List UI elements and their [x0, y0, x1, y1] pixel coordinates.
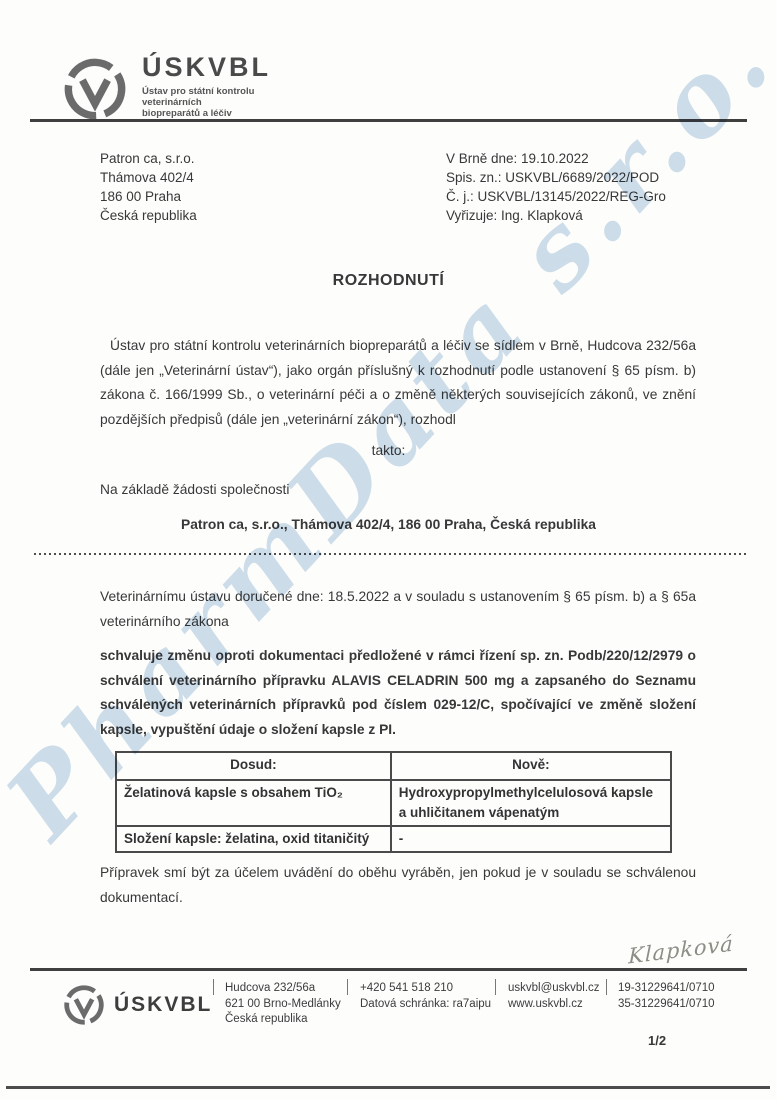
uskvbl-ring-v-icon [60, 1016, 108, 1033]
tagline-line: Ústav pro státní kontrolu [142, 86, 271, 97]
footer-account-number: 35-31229641/0710 [618, 997, 715, 1013]
recipient-line: 186 00 Praha [100, 187, 197, 206]
takto-label: takto: [0, 443, 777, 458]
footer-web-column: uskvbl@uskvbl.cz www.uskvbl.cz [508, 981, 600, 1012]
table-cell: Hydroxypropylmethylcelulosová kapsle a u… [391, 780, 671, 826]
table-row: Želatinová kapsle s obsahem TiO₂ Hydroxy… [116, 780, 671, 826]
tagline-line: biopreparátů a léčiv [142, 108, 271, 119]
reference-handler: Vyřizuje: Ing. Klapková [446, 206, 666, 225]
handwritten-signature: Klapková [628, 931, 734, 968]
recipient-line: Thámova 402/4 [100, 168, 197, 187]
footer-address-line: Česká republika [225, 1012, 341, 1028]
footer-divider [30, 968, 747, 971]
footer-logo [60, 981, 108, 1034]
footer-separator [213, 979, 214, 995]
paragraph-basis: Na základě žádosti společnosti [100, 482, 289, 497]
table-cell: - [391, 826, 671, 852]
tagline-line: veterinárních [142, 97, 271, 108]
table-header-dosud: Dosud: [116, 752, 391, 780]
reference-file-number: Spis. zn.: USKVBL/6689/2022/POD [446, 168, 666, 187]
table-row: Složení kapsle: želatina, oxid titaničit… [116, 826, 671, 852]
footer-separator [495, 979, 496, 995]
footer-email: uskvbl@uskvbl.cz [508, 981, 600, 997]
page-number: 1/2 [648, 1033, 666, 1048]
reference-date: V Brně dne: 19.10.2022 [446, 149, 666, 168]
scan-edge-line [6, 1086, 770, 1089]
footer-separator [347, 979, 348, 995]
footer-address-line: Hudcova 232/56a [225, 981, 341, 997]
company-line: Patron ca, s.r.o., Thámova 402/4, 186 00… [0, 517, 777, 532]
paragraph-approval: schvaluje změnu oproti dokumentaci předl… [100, 644, 696, 742]
table-cell: Želatinová kapsle s obsahem TiO₂ [116, 780, 391, 826]
reference-block: V Brně dne: 19.10.2022 Spis. zn.: USKVBL… [446, 149, 666, 225]
footer-account-number: 19-31229641/0710 [618, 981, 715, 997]
reference-ref-number: Č. j.: USKVBL/13145/2022/REG-Gro [446, 187, 666, 206]
header-logo-acronym: ÚSKVBL [142, 52, 271, 83]
paragraph-delivered: Veterinárnímu ústavu doručené dne: 18.5.… [100, 585, 696, 634]
scanned-document-page: PharmData s.r.o. ÚSKVBL Ústav pro státní… [0, 0, 777, 1100]
footer-logo-acronym: ÚSKVBL [114, 993, 212, 1017]
footer-account-column: 19-31229641/0710 35-31229641/0710 [618, 981, 715, 1012]
header-logo-tagline: Ústav pro státní kontrolu veterinárních … [142, 86, 271, 119]
footer-address-line: 621 00 Brno-Medlánky [225, 997, 341, 1013]
table-header-nove: Nově: [391, 752, 671, 780]
paragraph-closing: Přípravek smí být za účelem uvádění do o… [100, 861, 696, 910]
footer-address-column: Hudcova 232/56a 621 00 Brno-Medlánky Čes… [225, 981, 341, 1028]
footer-databox: Datová schránka: ra7aipu [360, 997, 491, 1013]
change-table: Dosud: Nově: Želatinová kapsle s obsahem… [115, 751, 672, 853]
recipient-line: Patron ca, s.r.o. [100, 149, 197, 168]
footer-separator [606, 979, 607, 995]
footer-website: www.uskvbl.cz [508, 997, 600, 1013]
document-title: ROZHODNUTÍ [0, 272, 777, 290]
header-divider [30, 119, 747, 122]
footer-phone: +420 541 518 210 [360, 981, 491, 997]
paragraph-authority: Ústav pro státní kontrolu veterinárních … [100, 334, 696, 432]
footer-contact-column: +420 541 518 210 Datová schránka: ra7aip… [360, 981, 491, 1012]
recipient-line: Česká republika [100, 206, 197, 225]
dotted-separator [34, 553, 746, 555]
table-cell: Složení kapsle: želatina, oxid titaničit… [116, 826, 391, 852]
table-header-row: Dosud: Nově: [116, 752, 671, 780]
recipient-address-block: Patron ca, s.r.o. Thámova 402/4 186 00 P… [100, 149, 197, 225]
